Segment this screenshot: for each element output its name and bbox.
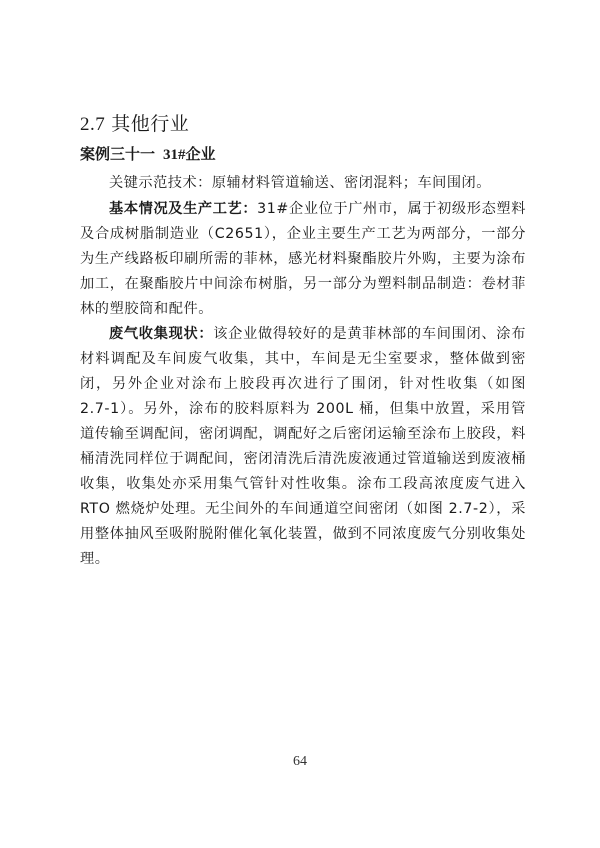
case-label: 案例三十一 [80,145,155,163]
page-number: 64 [0,754,600,770]
case-heading: 案例三十一31#企业 [80,144,216,165]
paragraph-basic-info: 基本情况及生产工艺：31#企业位于广州市，属于初级形态塑料及合成树脂制造业（C2… [80,197,526,322]
paragraph-lead: 基本情况及生产工艺： [109,201,257,217]
section-number: 2.7 [80,114,105,135]
section-title: 其他行业 [111,113,189,135]
document-page: 2.7其他行业 案例三十一31#企业 关键示范技术：原辅材料管道输送、密闭混料；… [0,0,600,848]
paragraph-exhaust-collection: 废气收集现状：该企业做得较好的是黄菲林部的车间围闭、涂布材料调配及车间废气收集，… [80,322,526,572]
section-heading: 2.7其他行业 [80,112,189,137]
paragraph-text: 该企业做得较好的是黄菲林部的车间围闭、涂布材料调配及车间废气收集，其中，车间是无… [80,326,526,567]
key-technology-line: 关键示范技术：原辅材料管道输送、密闭混料；车间围闭。 [109,171,491,196]
paragraph-lead: 废气收集现状： [109,326,213,342]
case-enterprise: 31#企业 [163,147,216,163]
paragraph-text: 31#企业位于广州市，属于初级形态塑料及合成树脂制造业（C2651），企业主要生… [80,201,526,317]
